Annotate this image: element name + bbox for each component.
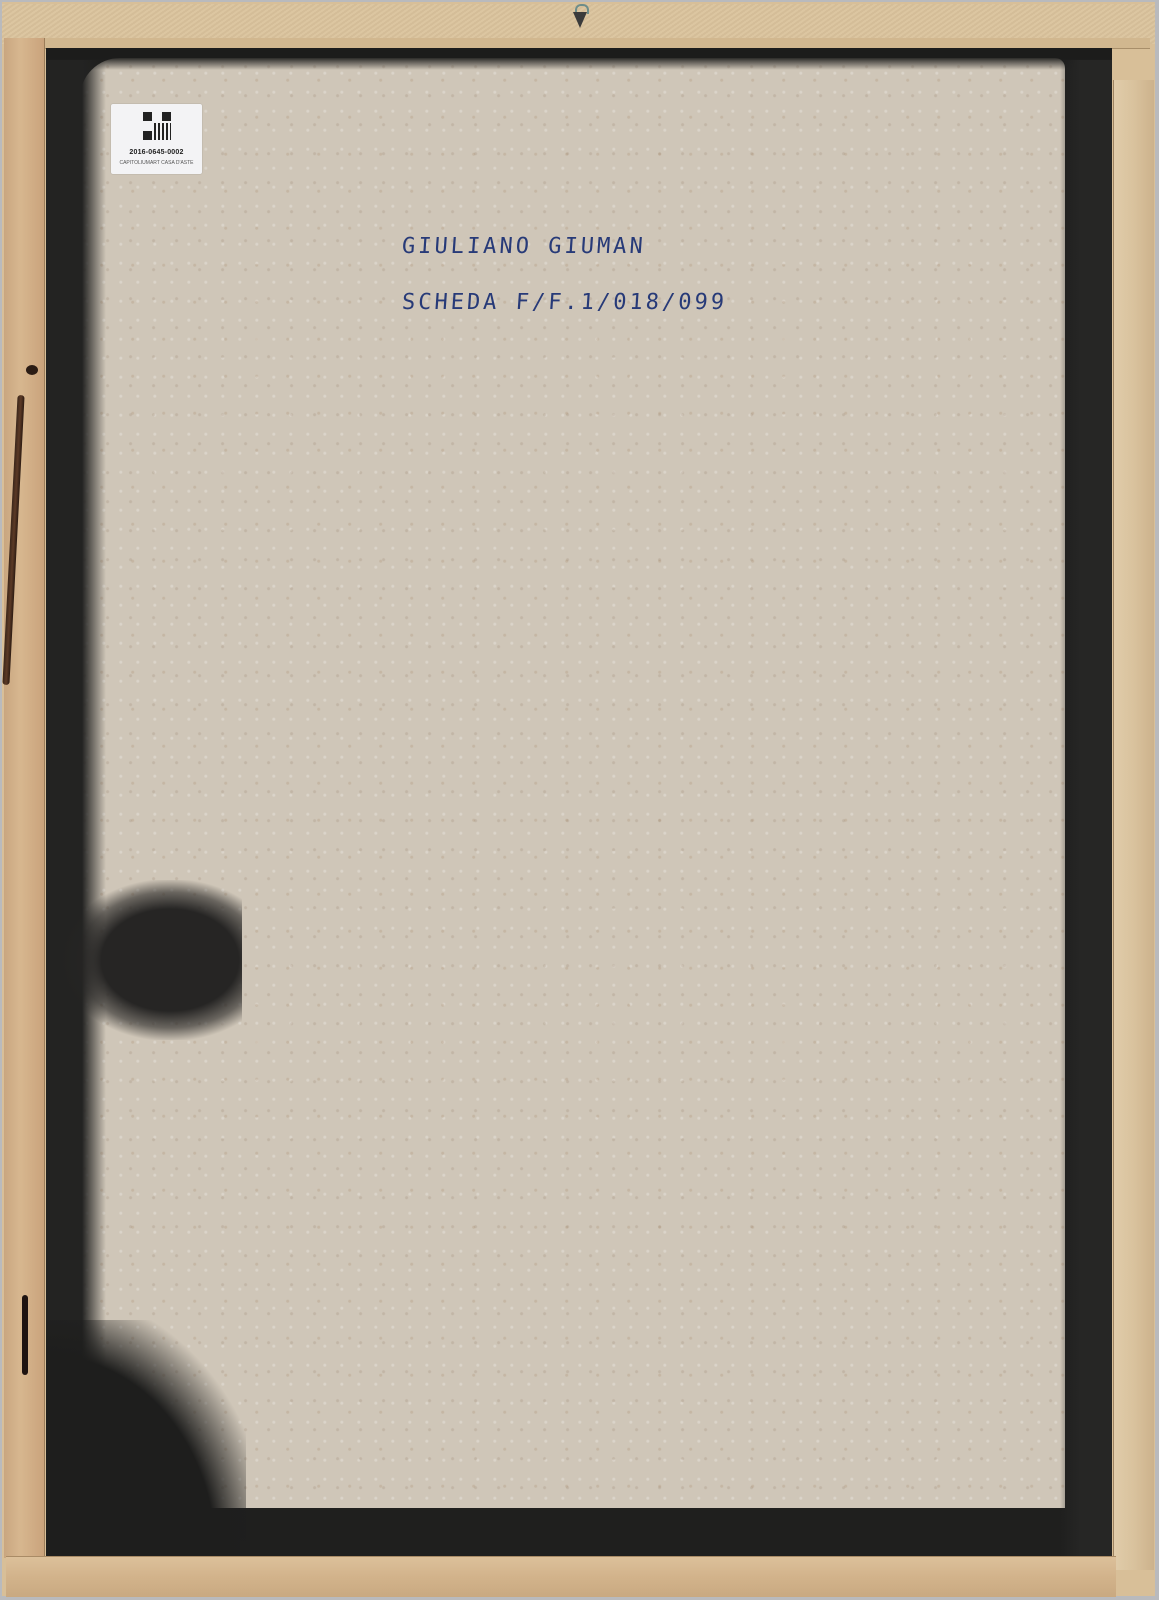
ink-bottom-edge	[240, 1530, 1110, 1556]
label-organization: CAPITOLIUMART CASA D'ASTE	[111, 160, 202, 166]
fiberboard-surface	[80, 58, 1065, 1508]
inscription-record: SCHEDA F/F.1/018/099	[401, 290, 728, 315]
frame-right-bar	[1113, 80, 1154, 1570]
label-id: 2016-0645-0002	[111, 149, 202, 156]
frame-bottom-bar	[6, 1556, 1116, 1597]
inscription-artist: GIULIANO GIUMAN	[401, 234, 646, 259]
nail-icon	[22, 1295, 28, 1375]
ink-left-edge	[46, 60, 106, 1500]
nail-head-icon	[26, 365, 38, 375]
ink-right-edge	[1060, 60, 1112, 1556]
ink-top-edge	[46, 48, 1112, 70]
ink-bottom-left-corner	[46, 1320, 246, 1555]
ink-brush-blob	[62, 880, 242, 1040]
sawtooth-hanger-icon	[573, 4, 587, 30]
inventory-label: 2016-0645-0002 CAPITOLIUMART CASA D'ASTE	[111, 104, 202, 174]
qr-code-icon	[143, 112, 171, 140]
